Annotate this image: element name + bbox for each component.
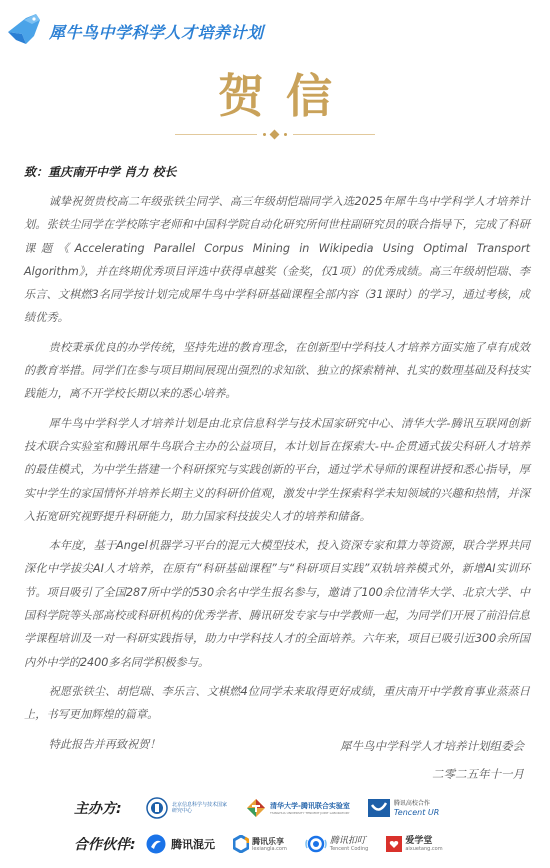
host-sub-thu-tencent: TSINGHUA UNIVERSITY TENCENT JOINT LABORA…	[270, 811, 350, 815]
host-logo-thu-tencent: 清华大学-腾讯联合实验室 TSINGHUA UNIVERSITY TENCENT…	[246, 798, 350, 818]
partner-sub-aixuetang: aixuetang.com	[405, 846, 442, 852]
rhino-bird-logo-icon	[6, 10, 44, 46]
salutation: 致：重庆南开中学 肖力 校长	[24, 163, 530, 180]
program-title: 犀牛鸟中学科学人才培养计划	[49, 20, 264, 43]
host-name-thu-tencent: 清华大学-腾讯联合实验室	[270, 802, 350, 811]
paragraph-1: 诚挚祝贺贵校高二年级张铁尘同学、高三年级胡恺瑞同学入选2025年犀牛鸟中学科学人…	[24, 190, 530, 330]
aixuetang-heart-icon	[386, 836, 402, 852]
thu-tencent-diamond-icon	[246, 798, 266, 818]
paragraph-4: 本年度，基于Angel机器学习平台的混元大模型技术，投入资深专家和算力等资源，联…	[24, 534, 530, 674]
partner-logo-lexiang: 腾讯乐享 lexiangla.com	[233, 835, 287, 853]
partner-sub-lexiang: lexiangla.com	[252, 846, 287, 852]
signoff-organization: 犀牛鸟中学科学人才培养计划组委会	[340, 738, 524, 754]
tencent-ur-icon	[368, 797, 390, 819]
partner-name-hunyuan: 腾讯混元	[171, 840, 215, 849]
ornament-divider	[175, 130, 375, 140]
hosts-label: 主办方:	[74, 798, 146, 818]
letter-title-block: 贺信	[0, 66, 550, 140]
bnrist-seal-icon	[146, 797, 168, 819]
header: 犀牛鸟中学科学人才培养计划	[0, 0, 550, 56]
paragraph-3: 犀牛鸟中学科学人才培养计划是由北京信息科学与技术国家研究中心、清华大学-腾讯互联…	[24, 412, 530, 528]
host-sub-tencent-ur: Tencent UR	[394, 808, 439, 817]
partner-logo-coding: 腾讯扣叮 Tencent Coding	[305, 834, 368, 854]
paragraph-2: 贵校秉承优良的办学传统，坚持先进的教育理念，在创新型中学科技人才培养方面实施了卓…	[24, 336, 530, 406]
coding-ring-icon	[305, 834, 327, 854]
partner-name-aixuetang: 爱学堂	[405, 837, 442, 846]
letter-title: 贺信	[0, 66, 550, 126]
partner-name-lexiang: 腾讯乐享	[252, 837, 287, 846]
lexiang-hexagon-icon	[233, 835, 249, 853]
host-logo-tencent-ur: 腾讯高校合作 Tencent UR	[368, 797, 439, 819]
sponsors-section: 主办方: 北京信息科学与技术国家研究中心 清华大学-腾讯联合实验室 TSINGH…	[74, 790, 544, 862]
partner-name-coding: 腾讯扣叮	[330, 837, 368, 846]
signoff-date: 二零二五年十一月	[432, 766, 524, 782]
hosts-row: 主办方: 北京信息科学与技术国家研究中心 清华大学-腾讯联合实验室 TSINGH…	[74, 790, 544, 826]
partner-sub-coding: Tencent Coding	[330, 846, 368, 852]
partner-logo-hunyuan: 腾讯混元	[146, 834, 215, 854]
hunyuan-icon	[146, 834, 166, 854]
partner-logo-aixuetang: 爱学堂 aixuetang.com	[386, 836, 442, 852]
paragraph-5: 祝愿张铁尘、胡恺瑞、李乐言、文棋燃4位同学未来取得更好成绩，重庆南开中学教育事业…	[24, 680, 530, 727]
host-logo-bnrist: 北京信息科学与技术国家研究中心	[146, 797, 228, 819]
host-name-bnrist: 北京信息科学与技术国家研究中心	[172, 802, 228, 814]
host-name-tencent-ur: 腾讯高校合作	[394, 799, 439, 808]
partners-label: 合作伙伴:	[74, 834, 146, 854]
letter-body: 致：重庆南开中学 肖力 校长 诚挚祝贺贵校高二年级张铁尘同学、高三年级胡恺瑞同学…	[24, 163, 530, 762]
partners-row: 合作伙伴: 腾讯混元 腾讯乐享 lexiangla.com	[74, 826, 544, 862]
